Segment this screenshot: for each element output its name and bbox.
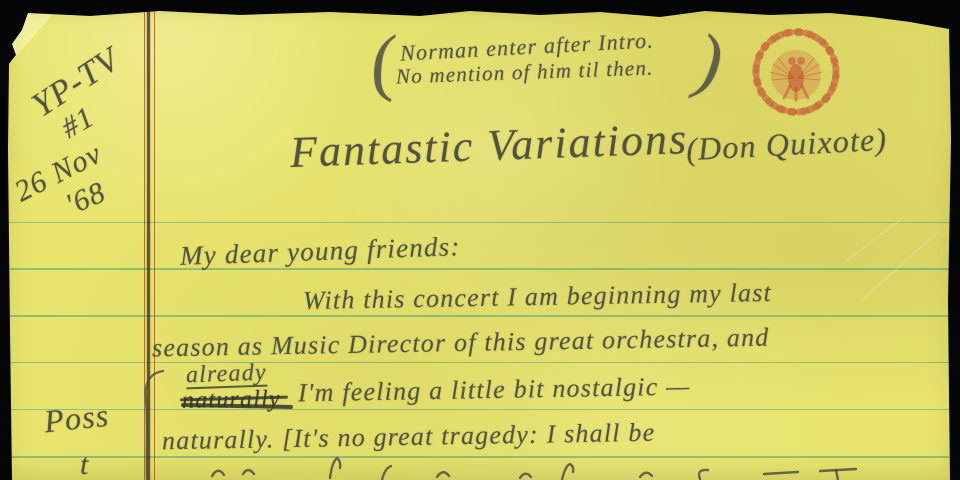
scanned-page: YP-TV #1 26 Nov '68 ( Norman enter after… (0, 0, 960, 480)
paper-edge-shading (0, 0, 960, 480)
yellow-legal-paper: YP-TV #1 26 Nov '68 ( Norman enter after… (0, 0, 960, 480)
